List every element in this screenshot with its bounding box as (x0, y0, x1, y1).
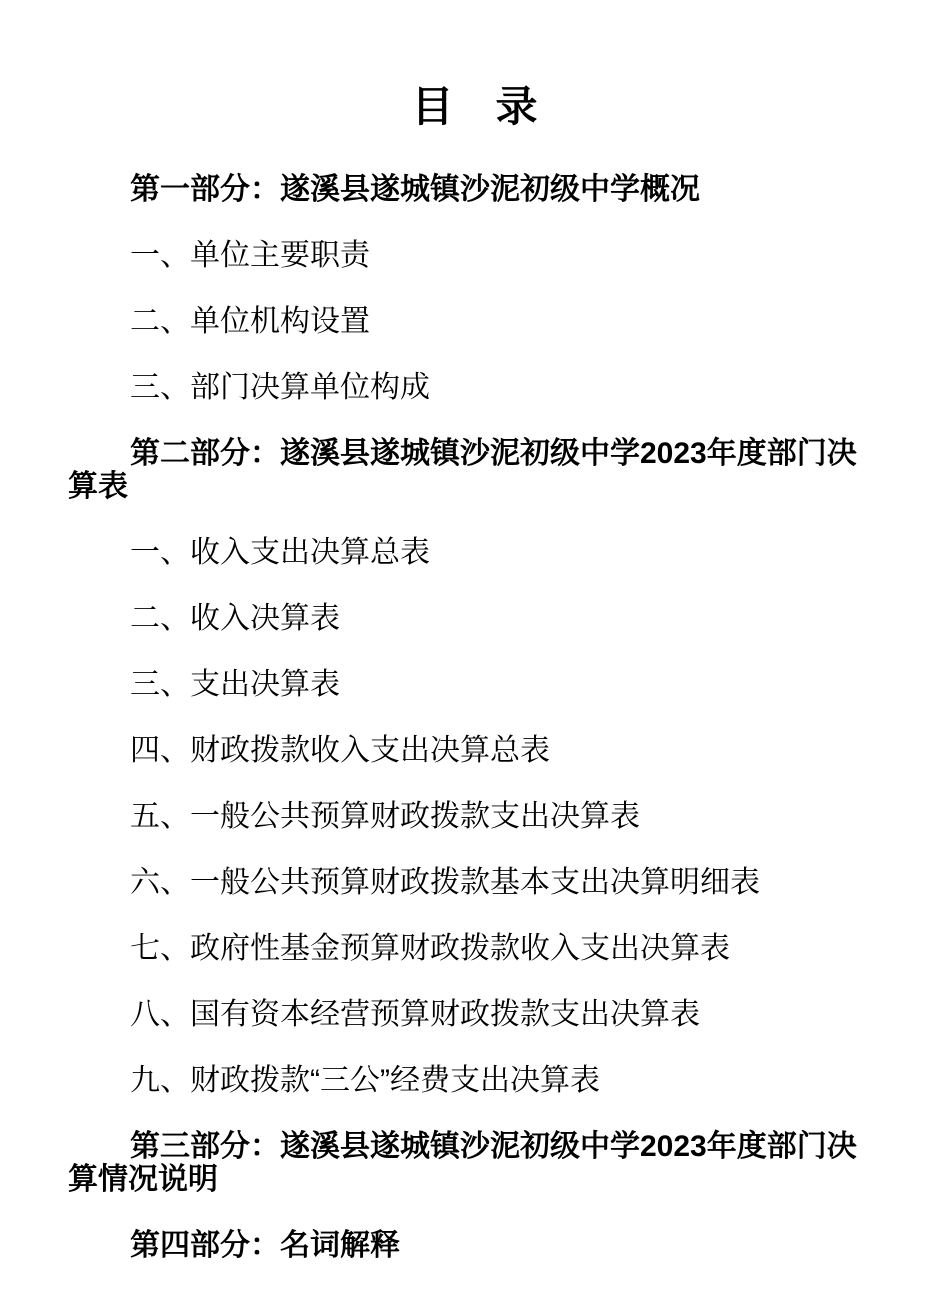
toc-entry: 四、财政拨款收入支出决算总表 (68, 734, 881, 767)
toc-entry: 二、收入决算表 (68, 602, 881, 635)
toc-list: 第一部分：遂溪县遂城镇沙泥初级中学概况一、单位主要职责二、单位机构设置三、部门决… (68, 173, 881, 1262)
document-page: 目 录 第一部分：遂溪县遂城镇沙泥初级中学概况一、单位主要职责二、单位机构设置三… (0, 0, 951, 1315)
toc-entry: 第三部分：遂溪县遂城镇沙泥初级中学2023年度部门决算情况说明 (68, 1130, 881, 1196)
toc-entry: 五、一般公共预算财政拨款支出决算表 (68, 800, 881, 833)
toc-entry: 七、政府性基金预算财政拨款收入支出决算表 (68, 932, 881, 965)
toc-entry: 八、国有资本经营预算财政拨款支出决算表 (68, 998, 881, 1031)
page-title: 目 录 (68, 84, 881, 130)
toc-entry: 三、支出决算表 (68, 668, 881, 701)
toc-entry: 三、部门决算单位构成 (68, 371, 881, 404)
toc-entry: 六、一般公共预算财政拨款基本支出决算明细表 (68, 866, 881, 899)
toc-entry: 第二部分：遂溪县遂城镇沙泥初级中学2023年度部门决算表 (68, 437, 881, 503)
toc-entry: 一、单位主要职责 (68, 239, 881, 272)
toc-entry: 九、财政拨款“三公”经费支出决算表 (68, 1064, 881, 1097)
toc-entry: 二、单位机构设置 (68, 305, 881, 338)
toc-entry: 第四部分：名词解释 (68, 1229, 881, 1262)
toc-entry: 第一部分：遂溪县遂城镇沙泥初级中学概况 (68, 173, 881, 206)
toc-entry: 一、收入支出决算总表 (68, 536, 881, 569)
